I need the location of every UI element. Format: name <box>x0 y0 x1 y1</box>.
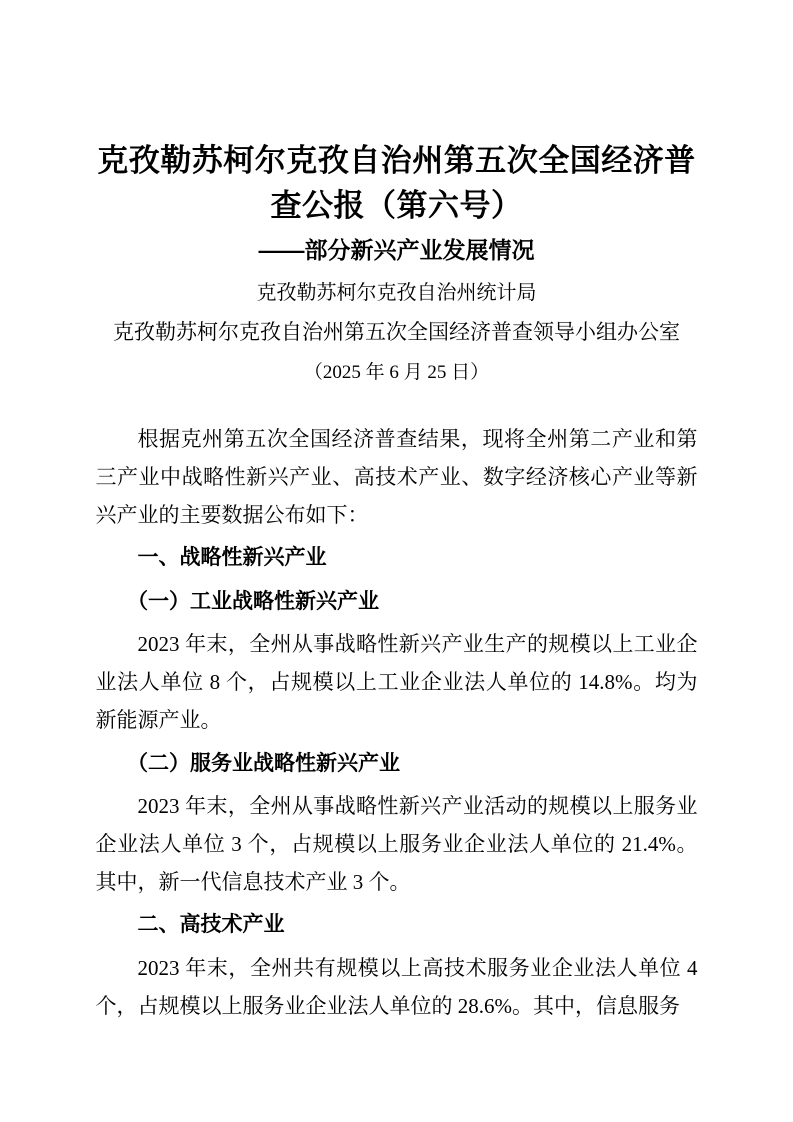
section-heading-strategic-emerging-industries: 一、战略性新兴产业 <box>96 539 698 577</box>
document-page: 克孜勒苏柯尔克孜自治州第五次全国经济普查公报（第六号） ——部分新兴产业发展情况… <box>0 0 793 1122</box>
document-title: 克孜勒苏柯尔克孜自治州第五次全国经济普查公报（第六号） <box>96 138 698 228</box>
subsection-heading-industrial-strategic-emerging: （一）工业战略性新兴产业 <box>96 582 698 620</box>
document-subtitle: ——部分新兴产业发展情况 <box>96 235 698 265</box>
paragraph-intro: 根据克州第五次全国经济普查结果，现将全州第二产业和第三产业中战略性新兴产业、高技… <box>96 420 698 534</box>
paragraph-service-strategic-emerging: 2023 年末，全州从事战略性新兴产业活动的规模以上服务业企业法人单位 3 个，… <box>96 787 698 901</box>
issuer-census-leading-group-office: 克孜勒苏柯尔克孜自治州第五次全国经济普查领导小组办公室 <box>96 317 698 347</box>
issuer-statistics-bureau: 克孜勒苏柯尔克孜自治州统计局 <box>96 279 698 307</box>
paragraph-high-tech-industries: 2023 年末，全州共有规模以上高技术服务业企业法人单位 4 个，占规模以上服务… <box>96 949 698 1025</box>
paragraph-industrial-strategic-emerging: 2023 年末，全州从事战略性新兴产业生产的规模以上工业企业法人单位 8 个，占… <box>96 625 698 739</box>
subsection-heading-service-strategic-emerging: （二）服务业战略性新兴产业 <box>96 744 698 782</box>
publish-date: （2025 年 6 月 25 日） <box>96 360 698 386</box>
document-body: 根据克州第五次全国经济普查结果，现将全州第二产业和第三产业中战略性新兴产业、高技… <box>96 420 698 1025</box>
section-heading-high-tech-industries: 二、高技术产业 <box>96 906 698 944</box>
document-content: 克孜勒苏柯尔克孜自治州第五次全国经济普查公报（第六号） ——部分新兴产业发展情况… <box>96 0 698 1025</box>
